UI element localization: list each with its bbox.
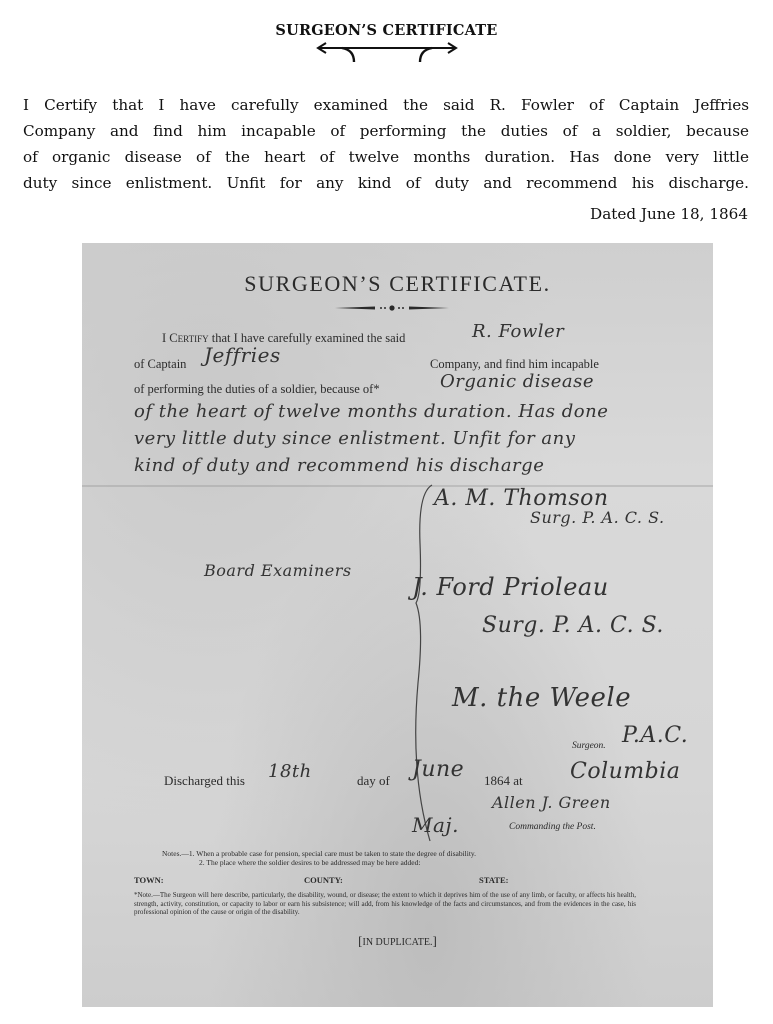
- signature-prioleau-title: Surg. P. A. C. S.: [482, 613, 664, 638]
- surgeon-label: Surgeon.: [572, 741, 606, 751]
- discharge-month-handwritten: June: [412, 757, 464, 782]
- notes-block: Notes.—1. When a probable case for pensi…: [162, 849, 476, 867]
- county-label: COUNTY:: [304, 875, 343, 885]
- brace-icon: [402, 483, 442, 843]
- signature-thomson-title: Surg. P. A. C. S.: [530, 508, 665, 527]
- transcription-line: of organic disease of the heart of twelv…: [23, 144, 749, 170]
- surgeon-abbr-handwritten: P.A.C.: [622, 723, 688, 748]
- captain-label: of Captain: [134, 357, 186, 372]
- discharge-place-handwritten: Columbia: [570, 759, 680, 784]
- company-label: Company, and find him incapable: [430, 357, 599, 372]
- transcription-line: duty since enlistment. Unfit for any kin…: [23, 170, 749, 196]
- diagnosis-handwritten: very little duty since enlistment. Unfit…: [134, 428, 575, 449]
- commanding-label: Commanding the Post.: [509, 822, 596, 832]
- scanned-certificate-image: SURGEON’S CERTIFICATE. I Certify that I …: [82, 243, 713, 1007]
- state-label: STATE:: [479, 875, 508, 885]
- day-of-label: day of: [357, 773, 390, 789]
- in-duplicate-label: [IN DUPLICATE.]: [82, 933, 713, 949]
- transcription-line: I Certify that I have carefully examined…: [23, 92, 749, 118]
- commander-rank: Maj.: [412, 813, 459, 837]
- discharge-day-handwritten: 18th: [268, 761, 312, 782]
- performing-label: of performing the duties of a soldier, b…: [134, 382, 380, 397]
- signature-prioleau: J. Ford Prioleau: [412, 573, 609, 601]
- dated-line: Dated June 18, 1864: [590, 205, 748, 223]
- captain-name-handwritten: Jeffries: [204, 343, 281, 367]
- paper-fold-line: [82, 485, 713, 487]
- note-1: Notes.—1. When a probable case for pensi…: [162, 849, 476, 858]
- discharged-label: Discharged this: [164, 773, 245, 789]
- signature-surgeon: M. the Weele: [452, 683, 631, 713]
- scan-title: SURGEON’S CERTIFICATE.: [82, 271, 713, 297]
- footnote: *Note.—The Surgeon will here describe, p…: [134, 891, 636, 917]
- page-title: SURGEON’S CERTIFICATE: [0, 22, 773, 39]
- note-2: 2. The place where the soldier desires t…: [162, 858, 476, 867]
- year-label: 1864 at: [484, 773, 523, 789]
- town-label: TOWN:: [134, 875, 164, 885]
- double-arrow-flourish-icon: [314, 40, 460, 66]
- commander-signature: Allen J. Green: [492, 793, 611, 812]
- diagnosis-handwritten: Organic disease: [440, 371, 594, 392]
- certificate-transcription: I Certify that I have carefully examined…: [23, 92, 749, 196]
- soldier-name-handwritten: R. Fowler: [472, 321, 564, 342]
- transcription-line: Company and find him incapable of perfor…: [23, 118, 749, 144]
- ornamental-divider-icon: [335, 305, 449, 311]
- diagnosis-handwritten: of the heart of twelve months duration. …: [134, 401, 608, 422]
- certify-label: I Certify that I have carefully examined…: [162, 331, 405, 346]
- diagnosis-handwritten: kind of duty and recommend his discharge: [134, 455, 544, 476]
- board-examiners-note: Board Examiners: [204, 561, 352, 580]
